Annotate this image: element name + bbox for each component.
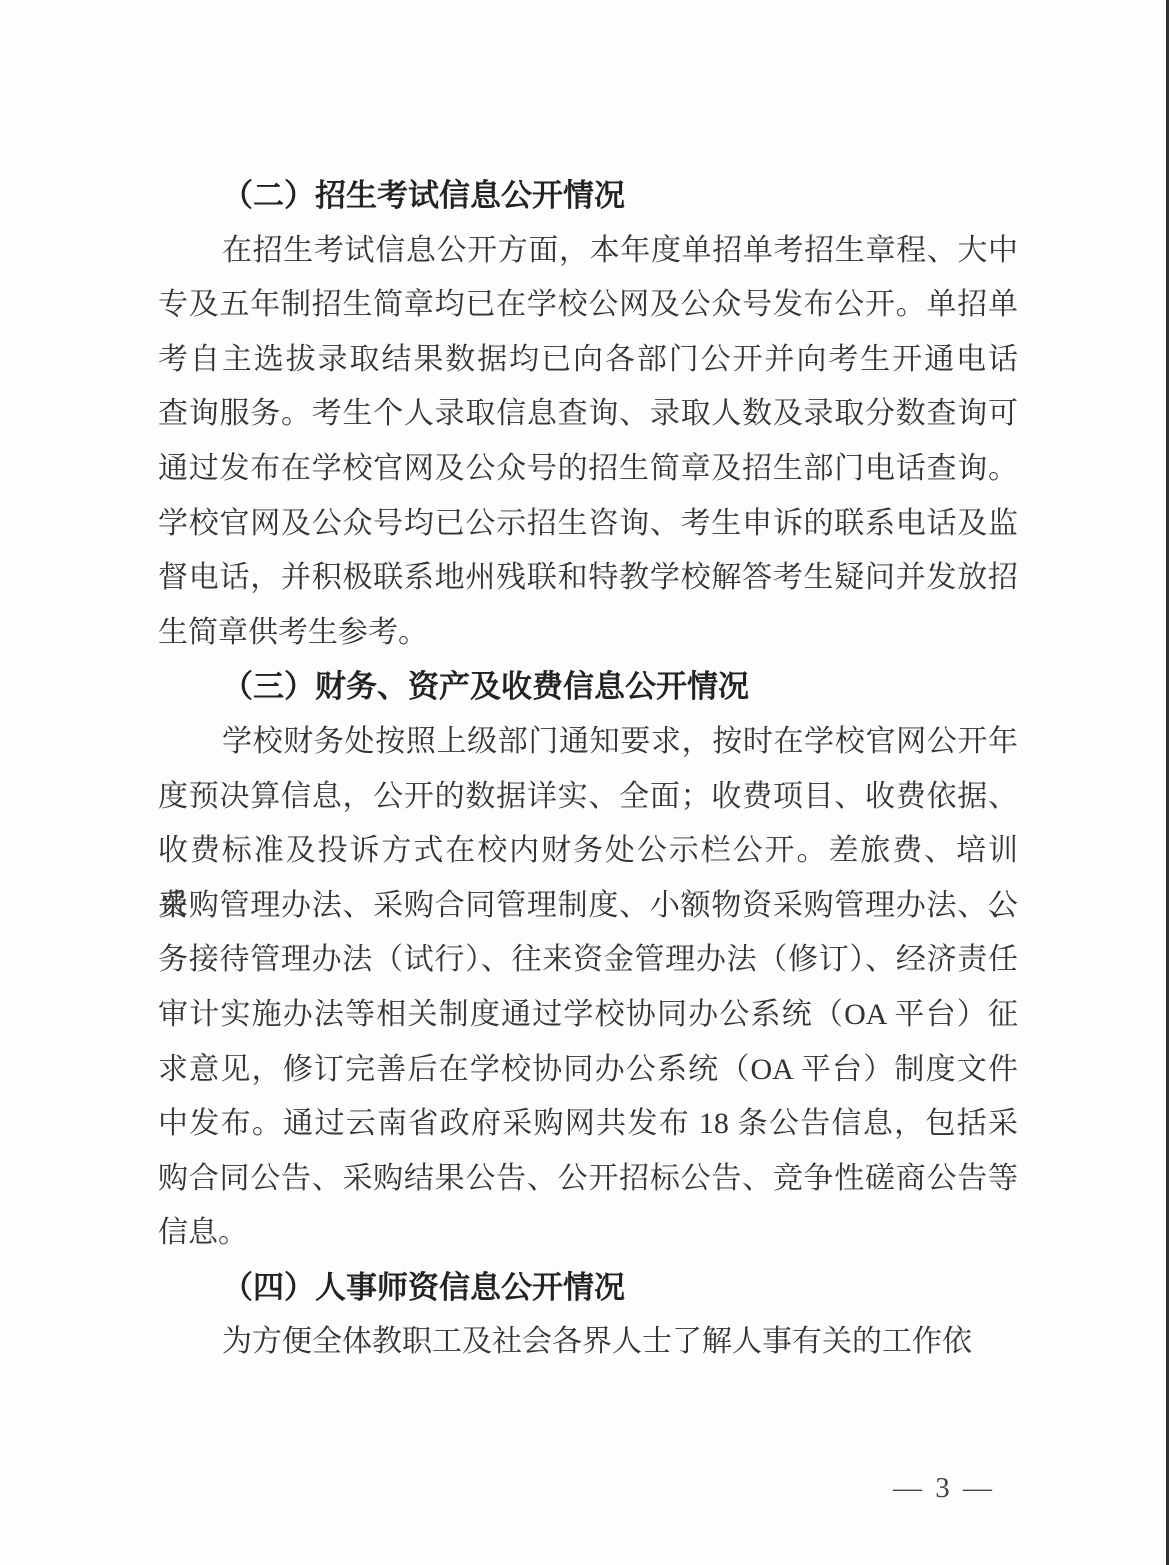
- page-number: — 3 —: [893, 1472, 995, 1505]
- text-line: 学校财务处按照上级部门通知要求，按时在学校官网公开年: [158, 715, 1018, 770]
- text-line: 度预决算信息，公开的数据详实、全面；收费项目、收费依据、: [158, 770, 1018, 825]
- text-line: 务接待管理办法（试行）、往来资金管理办法（修订）、经济责任: [158, 933, 1018, 988]
- text-line: 求意见，修订完善后在学校协同办公系统（OA 平台）制度文件: [158, 1043, 1018, 1098]
- text-line: 审计实施办法等相关制度通过学校协同办公系统（OA 平台）征: [158, 988, 1018, 1043]
- text-line: 收费标准及投诉方式在校内财务处公示栏公开。差旅费、培训费、: [158, 824, 1018, 879]
- text-line: 中发布。通过云南省政府采购网共发布 18 条公告信息，包括采: [158, 1097, 1018, 1152]
- text-line: 考自主选拔录取结果数据均已向各部门公开并向考生开通电话: [158, 333, 1018, 388]
- text-line: 为方便全体教职工及社会各界人士了解人事有关的工作依: [158, 1315, 1018, 1370]
- document-page: （二）招生考试信息公开情况 在招生考试信息公开方面，本年度单招单考招生章程、大中…: [0, 0, 1170, 1565]
- text-line: 生简章供考生参考。: [158, 606, 1018, 661]
- section-heading-3: （三）财务、资产及收费信息公开情况: [158, 660, 1018, 715]
- text-line: 信息。: [158, 1206, 1018, 1261]
- text-line: 专及五年制招生简章均已在学校公网及公众号发布公开。单招单: [158, 278, 1018, 333]
- text-line: 通过发布在学校官网及公众号的招生简章及招生部门电话查询。: [158, 442, 1018, 497]
- text-line: 在招生考试信息公开方面，本年度单招单考招生章程、大中: [158, 224, 1018, 279]
- text-line: 查询服务。考生个人录取信息查询、录取人数及录取分数查询可: [158, 387, 1018, 442]
- document-body: （二）招生考试信息公开情况 在招生考试信息公开方面，本年度单招单考招生章程、大中…: [158, 169, 1018, 1370]
- text-line: 学校官网及公众号均已公示招生咨询、考生申诉的联系电话及监: [158, 497, 1018, 552]
- section-heading-4: （四）人事师资信息公开情况: [158, 1261, 1018, 1316]
- section-heading-2: （二）招生考试信息公开情况: [158, 169, 1018, 224]
- text-line: 购合同公告、采购结果公告、公开招标公告、竞争性磋商公告等: [158, 1152, 1018, 1207]
- text-line: 采购管理办法、采购合同管理制度、小额物资采购管理办法、公: [158, 879, 1018, 934]
- scan-edge-artifact: [1166, 0, 1169, 1565]
- text-line: 督电话，并积极联系地州残联和特教学校解答考生疑问并发放招: [158, 551, 1018, 606]
